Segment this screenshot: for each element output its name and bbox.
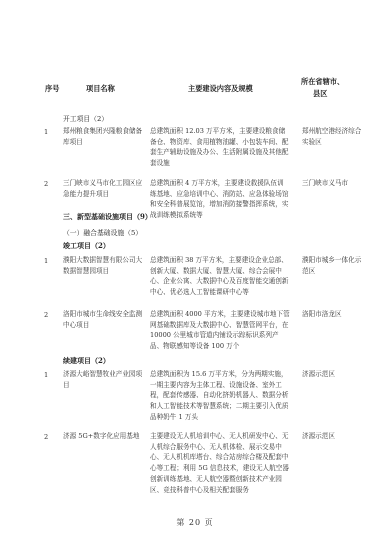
row-index: 1	[44, 371, 48, 379]
row-location: 济源示范区	[302, 431, 364, 442]
row-project-name: 三门峡市义马市化工园区应急能力提升项目	[63, 178, 145, 199]
row-project-name: 郑州粮食集团兴隆粮食储备库项目	[63, 126, 145, 147]
section-title: 三、新型基础设施项目（9）	[63, 212, 152, 222]
page-number: 第 20 页	[0, 517, 390, 528]
row-content: 总建筑面积 12.03 万平方米，主要建设粮食储备仓、物资库、食用植物油罐、小包…	[150, 126, 290, 169]
header-name: 项目名称	[86, 84, 115, 94]
row-index: 2	[44, 311, 48, 319]
row-content: 总建筑面积 38 万平方米，主要建设企业总部、创新大厦、数据大厦、智慧大厦、综合…	[150, 255, 290, 298]
row-content: 主要建设无人机培训中心、无人机研发中心、无人机综合服务中心、无人机体检、展示交易…	[150, 431, 290, 495]
row-index: 2	[44, 180, 48, 188]
document-page: 序号 项目名称 主要建设内容及规模 所在省辖市、 县区 开工项目（2） 1 郑州…	[0, 0, 390, 551]
row-location: 洛阳市洛龙区	[302, 309, 364, 320]
group-label-continuing: 续建项目（2）	[63, 356, 110, 366]
row-content: 总建筑面积 4000 平方米，主要建设城市地下管网基础数据库及大数据中心、智慧管…	[150, 309, 290, 352]
row-location: 济源示范区	[302, 369, 364, 380]
row-location: 三门峡市义马市	[302, 178, 364, 189]
row-index: 1	[44, 257, 48, 265]
group-label-completed: 竣工项目（2）	[63, 241, 110, 251]
row-location: 郑州航空港经济综合实验区	[302, 126, 364, 147]
row-project-name: 濮阳大数据智慧有限公司大数据智慧园项目	[63, 255, 145, 276]
header-index: 序号	[45, 84, 59, 94]
row-location: 濮阳市城乡一体化示范区	[302, 255, 364, 276]
row-project-name: 济源 5G+数字化应用基地	[63, 431, 145, 442]
row-index: 1	[44, 128, 48, 136]
header-location-line2: 县区	[313, 89, 327, 99]
row-content: 总建筑面积为 15.6 万平方米，分为两期实施，一期主要内容为主体工程、设施设备…	[150, 369, 290, 423]
row-project-name: 济源大峪智慧牧业产业园项目	[63, 369, 145, 390]
row-project-name: 洛阳市城市生命线安全监测中心项目	[63, 309, 145, 330]
subsection-title: （一）融合基础设施（5）	[63, 227, 142, 237]
header-content: 主要建设内容及规模	[188, 84, 253, 94]
row-content: 总建筑面积 4 万平方米，主要建设救援队伍训练基地、应急培训中心、消防站、应急体…	[150, 178, 290, 221]
header-location-line1: 所在省辖市、	[301, 77, 344, 87]
row-index: 2	[44, 433, 48, 441]
group-label-started: 开工项目（2）	[63, 113, 108, 123]
